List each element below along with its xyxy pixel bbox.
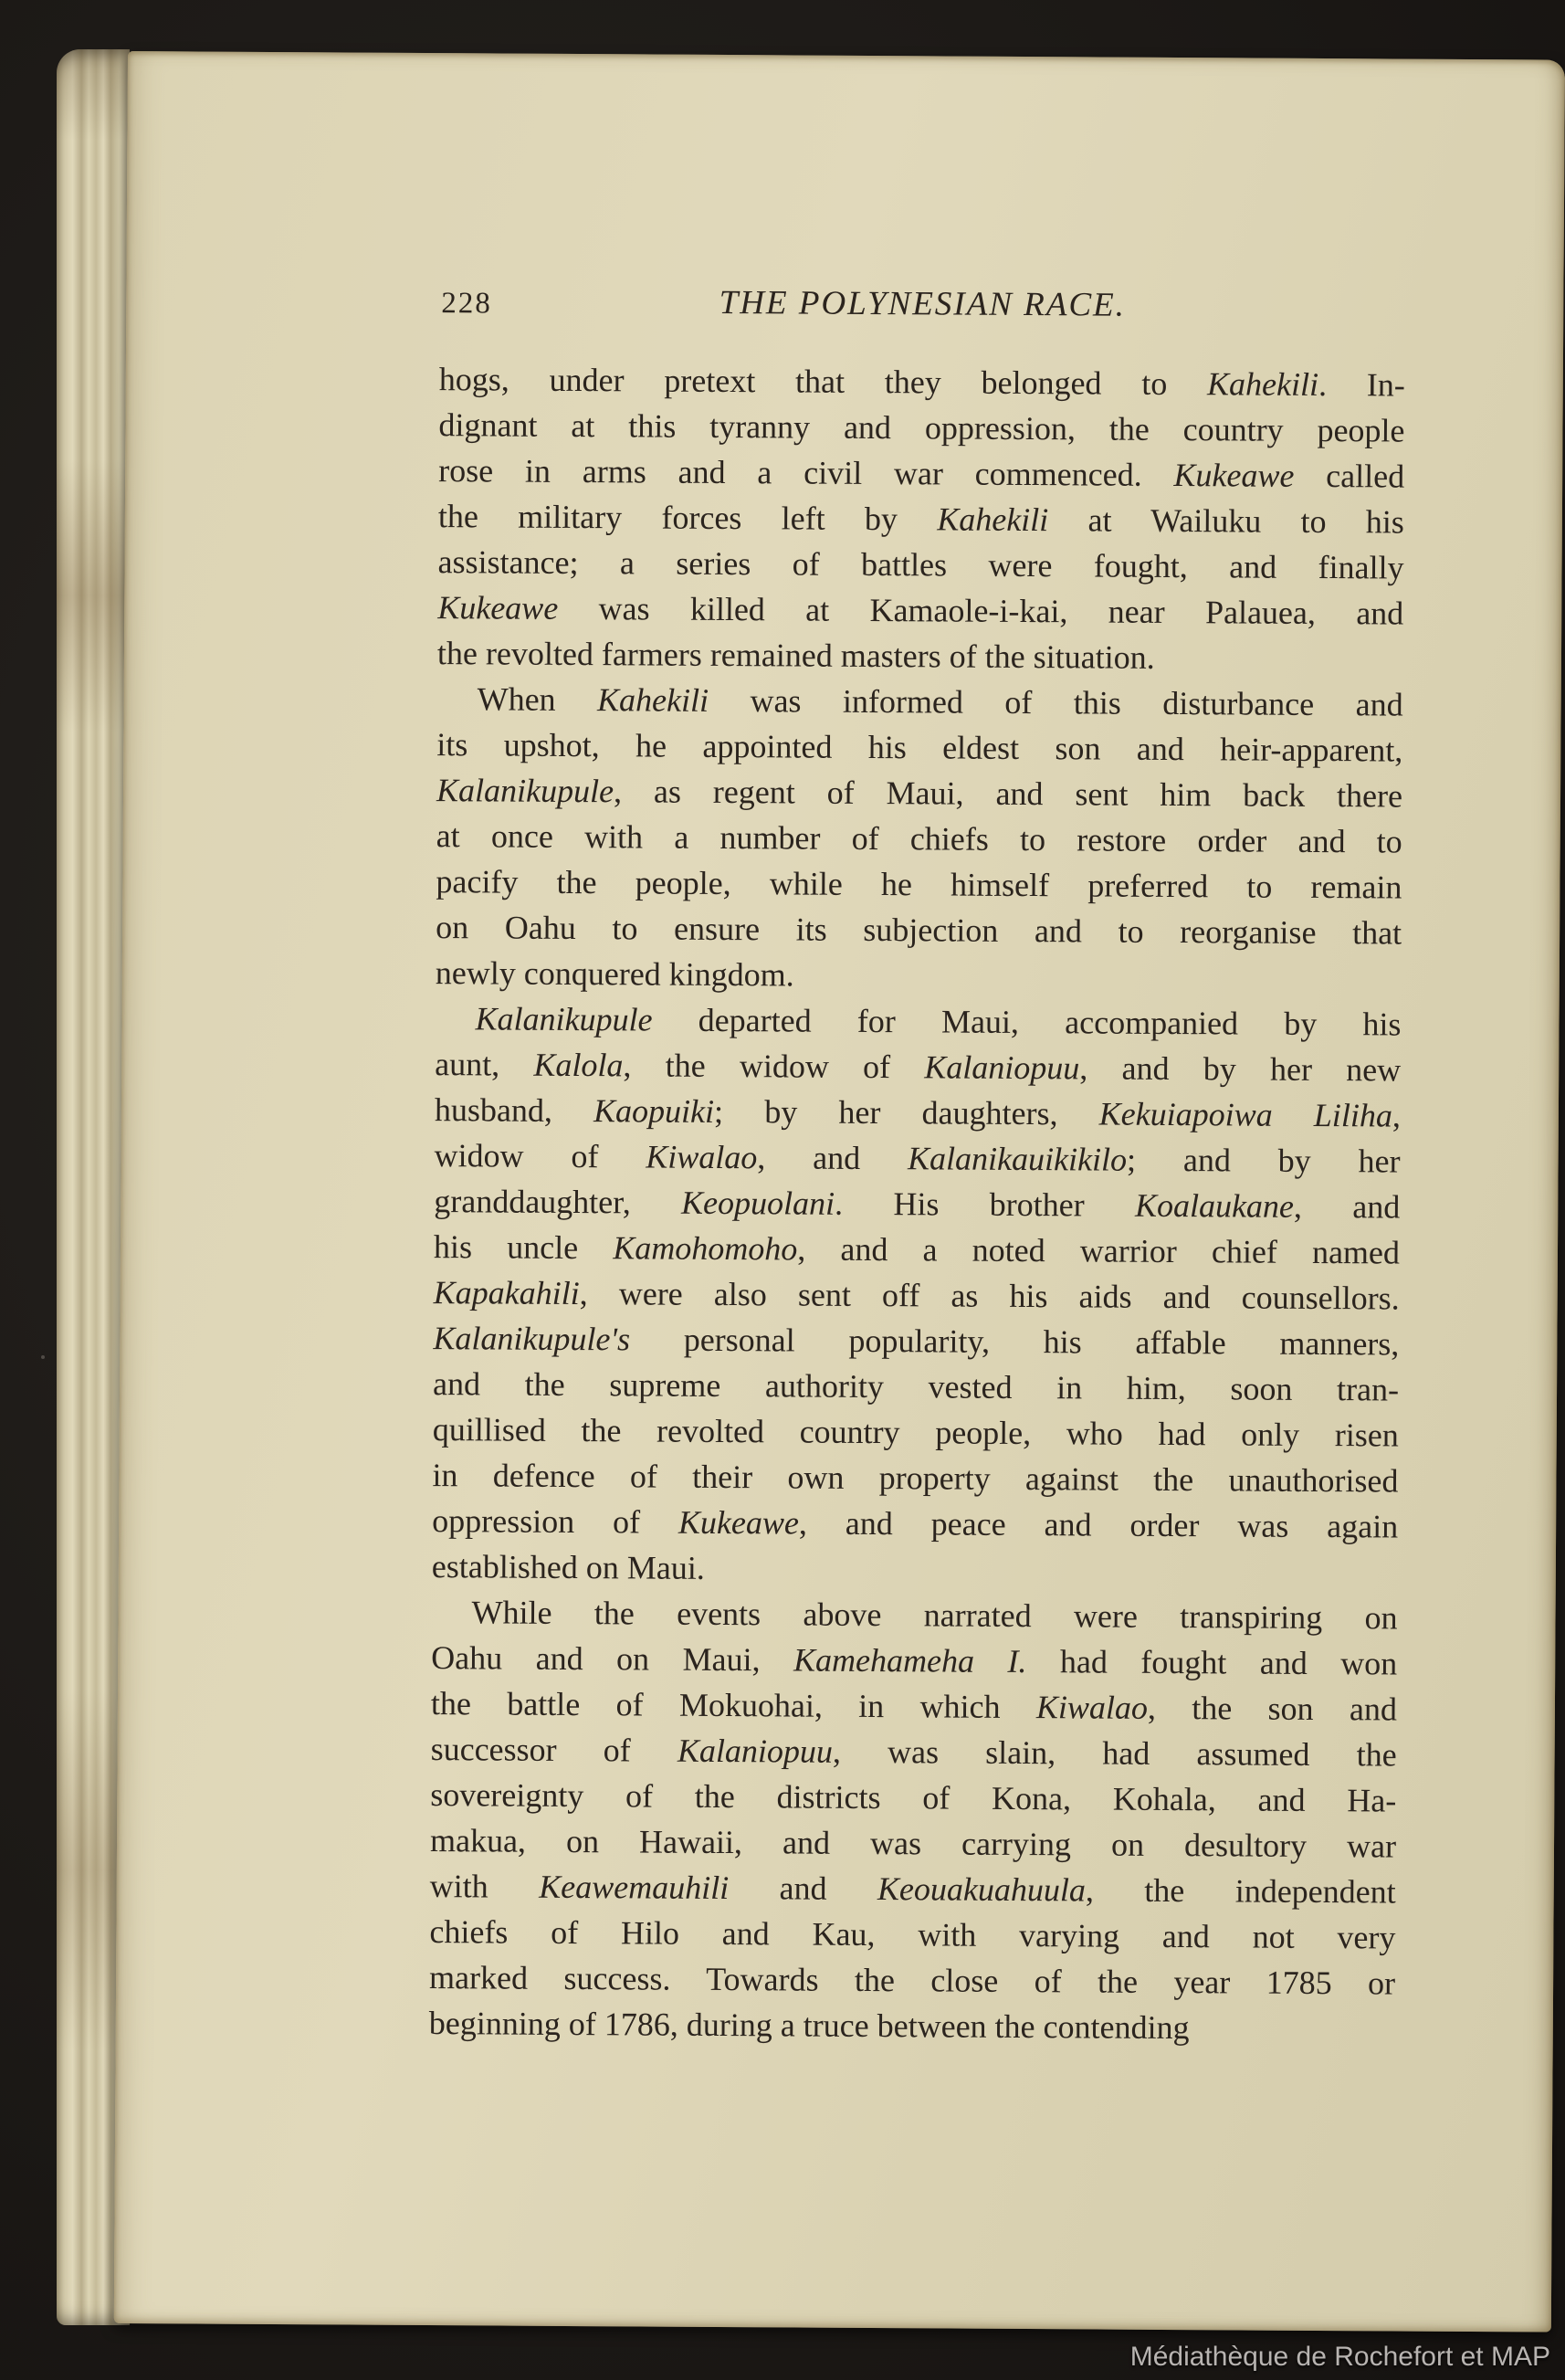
italic-proper-noun: Kekuiapoiwa Liliha: [1099, 1096, 1392, 1134]
text-segment: the revolted farmers remained masters of…: [437, 635, 1155, 676]
text-segment: personal popularity, his affable manners…: [630, 1321, 1400, 1362]
text-line: the revolted farmers remained masters of…: [437, 630, 1403, 681]
text-segment: and: [729, 1869, 877, 1907]
text-line: chiefs of Hilo and Kau, with varying and…: [429, 1909, 1395, 1960]
text-line: granddaughter, Keopuolani. His brother K…: [434, 1178, 1400, 1229]
italic-proper-noun: Kahekili: [1207, 365, 1318, 403]
text-segment: its upshot, he appointed his eldest son …: [436, 726, 1402, 768]
dust-specks: [0, 0, 2, 2]
text-segment: successor of: [431, 1731, 678, 1769]
italic-proper-noun: Kaopuiki: [593, 1092, 714, 1130]
text-segment: at Wailuku to his: [1048, 501, 1404, 540]
text-segment: at once with a number of chiefs to resto…: [436, 817, 1402, 859]
text-line: Oahu and on Maui, Kamehameha I. had foug…: [431, 1635, 1397, 1686]
text-line: hogs, under pretext that they belonged t…: [439, 356, 1405, 407]
text-segment: widow of: [434, 1137, 646, 1174]
text-line: aunt, Kalola, the widow of Kalaniopuu, a…: [435, 1041, 1401, 1092]
text-line: successor of Kalaniopuu, was slain, had …: [430, 1726, 1396, 1777]
text-line: the military forces left by Kahekili at …: [438, 493, 1404, 544]
text-line: at once with a number of chiefs to resto…: [436, 813, 1402, 864]
text-line: oppression of Kukeawe, and peace and ord…: [432, 1498, 1398, 1549]
page-header: 228 THE POLYNESIAN RACE.: [439, 281, 1405, 329]
page-number: 228: [441, 287, 492, 321]
text-segment: When: [478, 680, 598, 718]
italic-proper-noun: Kapakahili: [434, 1274, 580, 1311]
text-segment: oppression of: [432, 1502, 678, 1541]
text-line: While the events above narrated were tra…: [431, 1589, 1397, 1640]
text-segment: departed for Maui, accompanied by his: [652, 1002, 1401, 1043]
text-line: established on Maui.: [432, 1543, 1398, 1595]
text-line: beginning of 1786, during a truce betwee…: [429, 2000, 1395, 2051]
text-line: the battle of Mokuohai, in which Kiwalao…: [431, 1680, 1397, 1732]
text-segment: While the events above narrated were tra…: [471, 1594, 1397, 1636]
text-segment: Oahu and on Maui,: [431, 1639, 793, 1678]
text-line: with Keawemauhili and Keouakuahuula, the…: [430, 1863, 1396, 1914]
text-segment: quillised the revolted country people, w…: [433, 1411, 1399, 1453]
text-line: Kalanikupule departed for Maui, accompan…: [435, 995, 1401, 1047]
text-segment: established on Maui.: [432, 1548, 705, 1586]
text-line: its upshot, he appointed his eldest son …: [436, 721, 1402, 773]
text-segment: and the supreme authority vested in him,…: [433, 1365, 1399, 1407]
text-segment: ,: [1392, 1097, 1401, 1133]
running-title: THE POLYNESIAN RACE.: [439, 281, 1405, 326]
italic-proper-noun: Keopuolani: [681, 1185, 835, 1222]
text-line: pacify the people, while he himself pref…: [436, 858, 1402, 910]
italic-proper-noun: Kalanikupule: [475, 1000, 652, 1037]
text-segment: , and by her new: [1079, 1049, 1401, 1088]
italic-proper-noun: Kalaniopuu: [677, 1732, 833, 1770]
text-segment: , and: [1294, 1188, 1401, 1226]
italic-proper-noun: Keawemauhili: [539, 1869, 729, 1906]
italic-proper-noun: Kukeawe: [1173, 457, 1294, 494]
text-line: husband, Kaopuiki; by her daughters, Kek…: [435, 1087, 1401, 1138]
text-segment: newly conquered kingdom.: [436, 954, 794, 993]
italic-proper-noun: Kamehameha I.: [793, 1641, 1027, 1680]
text-segment: , was slain, had assumed the: [833, 1733, 1397, 1774]
text-segment: was killed at Kamaole-i-kai, near Palaue…: [558, 590, 1403, 632]
text-line: quillised the revolted country people, w…: [433, 1406, 1399, 1458]
text-segment: on Oahu to ensure its subjection and to …: [436, 909, 1402, 951]
italic-proper-noun: Kahekili: [597, 681, 709, 719]
italic-proper-noun: Kiwalao: [1036, 1689, 1148, 1726]
text-line: in defence of their own property against…: [432, 1452, 1398, 1503]
text-segment: hogs, under pretext that they belonged t…: [439, 361, 1207, 402]
text-segment: husband,: [435, 1091, 593, 1129]
text-segment: was informed of this disturbance and: [709, 682, 1403, 723]
text-block: 228 THE POLYNESIAN RACE. hogs, under pre…: [429, 281, 1406, 2051]
text-segment: , and: [757, 1139, 908, 1176]
text-segment: marked success. Towards the close of the…: [429, 1959, 1395, 2001]
text-segment: assistance; a series of battles were fou…: [437, 543, 1403, 585]
text-segment: aunt,: [435, 1046, 533, 1083]
text-line: Kapakahili, were also sent off as his ai…: [434, 1269, 1400, 1321]
text-line: rose in arms and a civil war commenced. …: [438, 448, 1404, 499]
text-line: Kalanikupule's personal popularity, his …: [433, 1315, 1399, 1366]
text-segment: , the independent: [1086, 1871, 1396, 1910]
text-segment: rose in arms and a civil war commenced.: [438, 452, 1174, 493]
text-segment: granddaughter,: [434, 1183, 681, 1221]
text-segment: , and a noted warrior chief named: [797, 1231, 1400, 1271]
italic-proper-noun: Kalola: [533, 1047, 623, 1084]
italic-proper-noun: Kamohomoho: [613, 1229, 797, 1267]
text-line: When Kahekili was informed of this distu…: [437, 676, 1403, 727]
text-line: and the supreme authority vested in him,…: [433, 1361, 1399, 1412]
text-segment: , and peace and order was again: [799, 1505, 1398, 1545]
text-segment: the battle of Mokuohai, in which: [431, 1685, 1036, 1725]
book: 228 THE POLYNESIAN RACE. hogs, under pre…: [57, 44, 1565, 2331]
text-segment: makua, on Hawaii, and was carrying on de…: [430, 1822, 1396, 1864]
book-page: 228 THE POLYNESIAN RACE. hogs, under pre…: [114, 51, 1565, 2333]
text-line: marked success. Towards the close of the…: [429, 1954, 1395, 2006]
text-line: assistance; a series of battles were fou…: [437, 539, 1403, 590]
text-segment: , the son and: [1148, 1690, 1397, 1728]
text-line: Kalanikupule, as regent of Maui, and sen…: [436, 767, 1402, 818]
text-line: sovereignty of the districts of Kona, Ko…: [430, 1772, 1396, 1823]
text-line: on Oahu to ensure its subjection and to …: [436, 904, 1402, 955]
text-segment: in defence of their own property against…: [432, 1457, 1398, 1499]
italic-proper-noun: Keouakuahuula: [877, 1870, 1086, 1908]
italic-proper-noun: Koalaukane: [1135, 1187, 1294, 1225]
text-line: newly conquered kingdom.: [436, 950, 1402, 1001]
watermark: Médiathèque de Rochefort et MAP: [1130, 2342, 1550, 2373]
text-segment: , were also sent off as his aids and cou…: [580, 1275, 1400, 1316]
italic-proper-noun: Kalanikauikikilo: [908, 1140, 1127, 1177]
text-segment: the military forces left by: [438, 498, 938, 537]
text-line: Kukeawe was killed at Kamaole-i-kai, nea…: [437, 584, 1403, 636]
text-line: makua, on Hawaii, and was carrying on de…: [430, 1817, 1396, 1869]
text-line: widow of Kiwalao, and Kalanikauikikilo; …: [434, 1132, 1400, 1184]
text-segment: ; and by her: [1127, 1142, 1401, 1180]
text-segment: had fought and won: [1026, 1643, 1397, 1681]
italic-proper-noun: Kahekili: [937, 500, 1048, 538]
italic-proper-noun: Kalanikupule: [436, 772, 614, 809]
text-segment: pacify the people, while he himself pref…: [436, 863, 1402, 905]
text-segment: . In-: [1318, 366, 1405, 404]
text-segment: ; by her daughters,: [714, 1093, 1099, 1132]
text-segment: his uncle: [434, 1228, 614, 1266]
text-segment: dignant at this tyranny and oppression, …: [438, 406, 1404, 448]
italic-proper-noun: Kukeawe: [678, 1504, 799, 1542]
page-body-text: hogs, under pretext that they belonged t…: [429, 356, 1405, 2051]
text-segment: with: [430, 1868, 540, 1905]
text-segment: chiefs of Hilo and Kau, with varying and…: [429, 1913, 1395, 1955]
text-segment: , as regent of Maui, and sent him back t…: [614, 773, 1402, 814]
text-segment: . His brother: [835, 1185, 1135, 1224]
text-segment: , the widow of: [623, 1047, 924, 1085]
text-line: dignant at this tyranny and oppression, …: [438, 402, 1404, 453]
text-line: his uncle Kamohomoho, and a noted warrio…: [434, 1224, 1400, 1275]
text-segment: called: [1294, 458, 1404, 495]
italic-proper-noun: Kiwalao: [646, 1138, 757, 1175]
text-segment: beginning of 1786, during a truce betwee…: [429, 2005, 1190, 2046]
text-segment: sovereignty of the districts of Kona, Ko…: [430, 1776, 1396, 1818]
italic-proper-noun: Kalanikupule's: [433, 1320, 630, 1357]
italic-proper-noun: Kalaniopuu: [924, 1048, 1079, 1086]
italic-proper-noun: Kukeawe: [437, 589, 558, 627]
